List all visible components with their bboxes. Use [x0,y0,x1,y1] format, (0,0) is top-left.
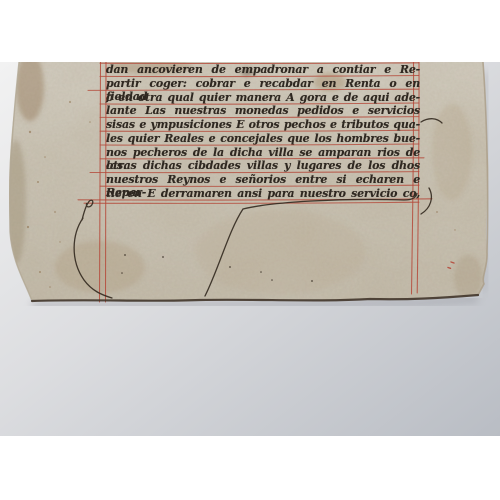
manuscript-textblock: dan ancovieren de empadronar a contiar e… [106,63,420,201]
manuscript-text-line: nos pecheros de la dicha villa se ampara… [106,146,420,160]
manuscript-text-line: o en otra qual quier manera A gora e de … [106,91,420,105]
page-background: dan ancovieren de empadronar a contiar e… [0,0,500,500]
manuscript-text-line: lante Las nuestras monedas pedidos e ser… [106,104,420,118]
manuscript-photo: dan ancovieren de empadronar a contiar e… [0,62,500,436]
manuscript-text-line: otras dichas cibdades villas y lugares d… [106,159,420,173]
manuscript-text-line: les quier Reales e concejales que los ho… [106,132,420,146]
manuscript-text-line: nuestros Reynos e señorios entre si echa… [106,173,420,187]
manuscript-text-line: sisas e ympusiciones E otros pechos e tr… [106,118,420,132]
manuscript-text-line: dan ancovieren de empadronar a contiar e… [106,63,420,77]
manuscript-text-line: tieren E derramaren ansi para nuestro se… [106,187,420,201]
manuscript-text-line: partir coger: cobrar e recabdar en Renta… [106,77,420,91]
